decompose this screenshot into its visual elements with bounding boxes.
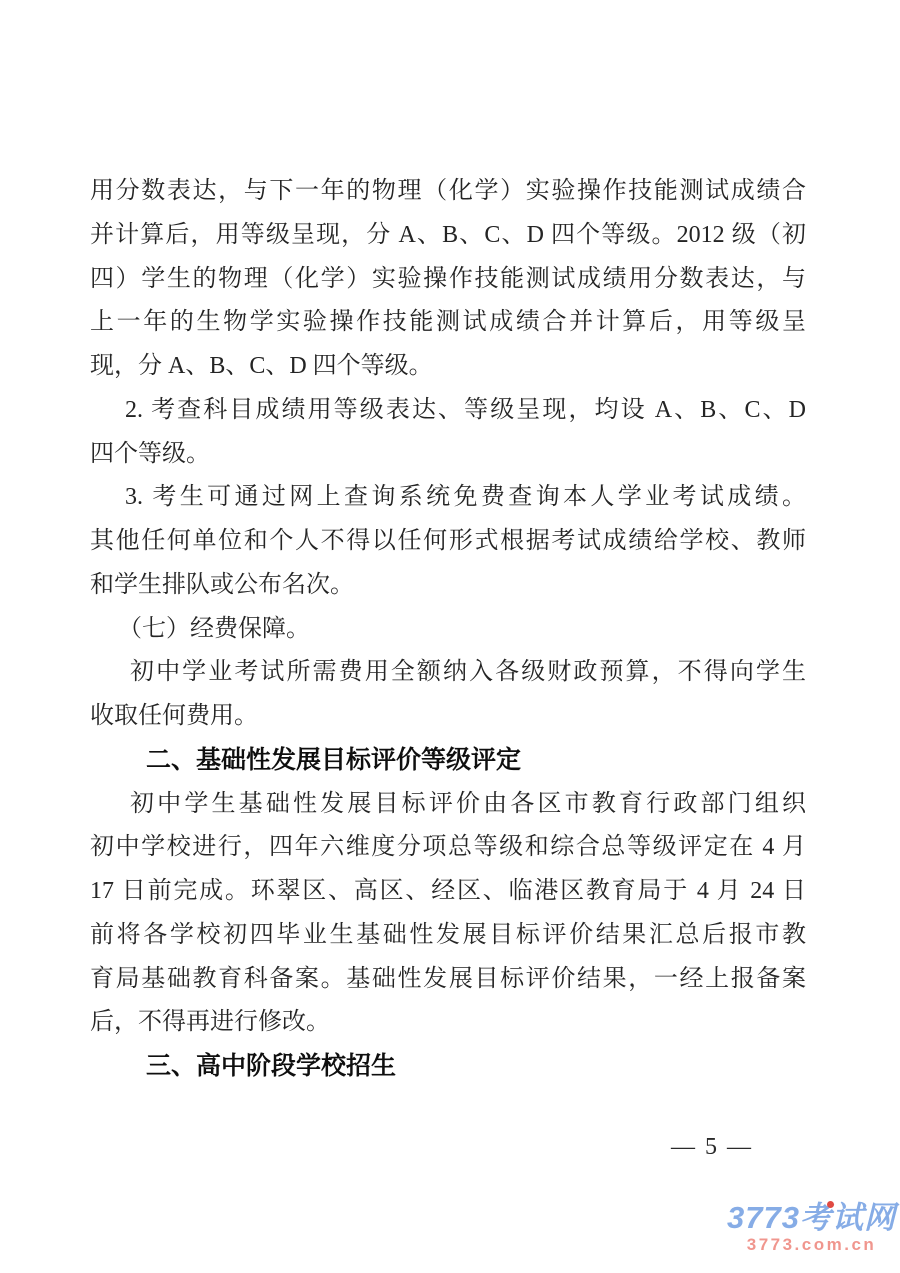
document-text-block: 用分数表达，与下一年的物理（化学）实验操作技能测试成绩合 并计算后，用等级呈现，… [90,170,806,1089]
document-line: 3. 考生可通过网上查询系统免费查询本人学业考试成绩。 [90,476,806,520]
document-line: 和学生排队或公布名次。 [90,564,806,608]
page-number: — 5 — [637,1134,787,1161]
section-heading: 二、基础性发展目标评价等级评定 [90,739,806,783]
section-heading: 三、高中阶段学校招生 [90,1045,806,1089]
document-line: 前将各学校初四毕业生基础性发展目标评价结果汇总后报市教 [90,914,806,958]
watermark: 3773考试网 3773.com.cn [727,1202,896,1253]
document-line: 四个等级。 [90,433,806,477]
document-line: 2. 考查科目成绩用等级表达、等级呈现，均设 A、B、C、D [90,389,806,433]
red-dot-accent-icon [827,1201,834,1208]
document-line: 用分数表达，与下一年的物理（化学）实验操作技能测试成绩合 [90,170,806,214]
document-line: （七）经费保障。 [90,608,806,652]
watermark-site-name: 3773考试网 [727,1202,896,1233]
document-line: 初中学校进行，四年六维度分项总等级和综合总等级评定在 4 月 [90,826,806,870]
document-line: 初中学业考试所需费用全额纳入各级财政预算，不得向学生 [90,651,806,695]
document-line: 17 日前完成。环翠区、高区、经区、临港区教育局于 4 月 24 日 [90,870,806,914]
document-line: 上一年的生物学实验操作技能测试成绩合并计算后，用等级呈 [90,301,806,345]
document-line: 四）学生的物理（化学）实验操作技能测试成绩用分数表达，与 [90,258,806,302]
document-line: 收取任何费用。 [90,695,806,739]
document-page: 用分数表达，与下一年的物理（化学）实验操作技能测试成绩合 并计算后，用等级呈现，… [0,0,900,1273]
watermark-site-url: 3773.com.cn [727,1236,896,1253]
document-line: 育局基础教育科备案。基础性发展目标评价结果，一经上报备案 [90,958,806,1002]
document-line: 初中学生基础性发展目标评价由各区市教育行政部门组织 [90,783,806,827]
document-line: 后，不得再进行修改。 [90,1001,806,1045]
document-line: 并计算后，用等级呈现，分 A、B、C、D 四个等级。2012 级（初 [90,214,806,258]
document-line: 现，分 A、B、C、D 四个等级。 [90,345,806,389]
document-line: 其他任何单位和个人不得以任何形式根据考试成绩给学校、教师 [90,520,806,564]
